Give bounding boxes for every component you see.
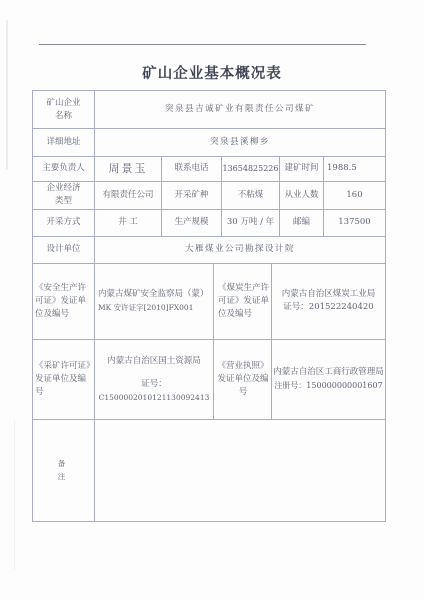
label-design-unit: 设计单位 bbox=[33, 236, 94, 263]
label-built-time: 建矿时间 bbox=[280, 156, 323, 181]
value-line: 内蒙古自治区工商行政管理局 bbox=[273, 366, 384, 379]
value-economic-type: 有限责任公司 bbox=[95, 181, 161, 209]
label-coal-permit: 《煤炭生产许可证》发证单位及编号 bbox=[216, 263, 270, 339]
scan-edge bbox=[6, 20, 8, 170]
label-mining-method: 开采方式 bbox=[33, 209, 94, 236]
label-line: 名称 bbox=[55, 110, 72, 123]
label-staff: 从业人数 bbox=[280, 181, 323, 209]
label-line: 矿山企业 bbox=[46, 97, 80, 110]
label-business-license: 《营业执照》发证单位及编号 bbox=[216, 339, 270, 419]
value-business-license: 内蒙古自治区工商行政管理局 注册号：150000000001607 bbox=[272, 339, 385, 419]
value-zip: 137500 bbox=[324, 209, 385, 236]
label-phone: 联系电话 bbox=[162, 156, 221, 181]
value-mine-name: 突泉县吉诚矿业有限责任公司煤矿 bbox=[95, 91, 385, 128]
value-line: 内蒙古自治区煤炭工业局 bbox=[282, 288, 376, 301]
label-zip: 邮编 bbox=[280, 209, 323, 236]
document-title: 矿山企业基本概况表 bbox=[0, 62, 424, 83]
value-phone: 13654825226 bbox=[222, 156, 279, 181]
value-line: 内蒙古煤矿安全监察局（蒙） bbox=[98, 288, 209, 301]
value-mining-permit: 内蒙古自治区国土资源局 证号： C1500002010121130092413 bbox=[95, 339, 213, 419]
label-line: 类型 bbox=[55, 195, 72, 208]
mine-overview-table: 矿山企业 名称 突泉县吉诚矿业有限责任公司煤矿 详细地址 突泉县溪柳乡 主要负责… bbox=[32, 90, 386, 522]
scan-edge bbox=[14, 420, 15, 570]
col-divider bbox=[213, 263, 214, 419]
value-line: 注册号：150000000001607 bbox=[274, 379, 382, 392]
value-production-scale: 30 万吨 / 年 bbox=[222, 209, 279, 236]
label-principal: 主要负责人 bbox=[33, 156, 94, 181]
value-line: C1500002010121130092413 bbox=[99, 391, 210, 404]
header-rule bbox=[39, 44, 366, 45]
value-principal: 周景玉 bbox=[95, 156, 161, 181]
value-line: MK 安许证字[2010]FX001 bbox=[98, 301, 193, 314]
label-line: 企业经济 bbox=[46, 182, 80, 195]
label-safety-permit: 《安全生产许可证》发证单位及编号 bbox=[35, 263, 93, 339]
label-address: 详细地址 bbox=[33, 128, 94, 156]
value-staff: 160 bbox=[324, 181, 385, 209]
value-design-unit: 大雁煤业公司勘探设计院 bbox=[95, 236, 385, 263]
value-safety-permit: 内蒙古煤矿安全监察局（蒙） MK 安许证字[2010]FX001 bbox=[95, 263, 213, 339]
value-mineral: 不粘煤 bbox=[222, 181, 279, 209]
label-production-scale: 生产规模 bbox=[162, 209, 221, 236]
label-remarks: 备 注 bbox=[33, 419, 94, 521]
value-coal-permit: 内蒙古自治区煤炭工业局 证号：201522240420 bbox=[272, 263, 385, 339]
label-mineral: 开采矿种 bbox=[162, 181, 221, 209]
label-mine-name: 矿山企业 名称 bbox=[33, 91, 94, 128]
value-remarks bbox=[95, 419, 385, 521]
value-mining-method: 井 工 bbox=[95, 209, 161, 236]
label-economic-type: 企业经济 类型 bbox=[33, 181, 94, 209]
label-mining-permit: 《采矿许可证》发证单位及编号 bbox=[35, 339, 93, 419]
value-line: 内蒙古自治区国土资源局 bbox=[107, 355, 201, 368]
value-line: 证号：201522240420 bbox=[283, 301, 373, 314]
value-built-time: 1988.5 bbox=[327, 156, 385, 181]
value-address: 突泉县溪柳乡 bbox=[95, 128, 385, 156]
value-line: 证号： bbox=[141, 378, 167, 391]
